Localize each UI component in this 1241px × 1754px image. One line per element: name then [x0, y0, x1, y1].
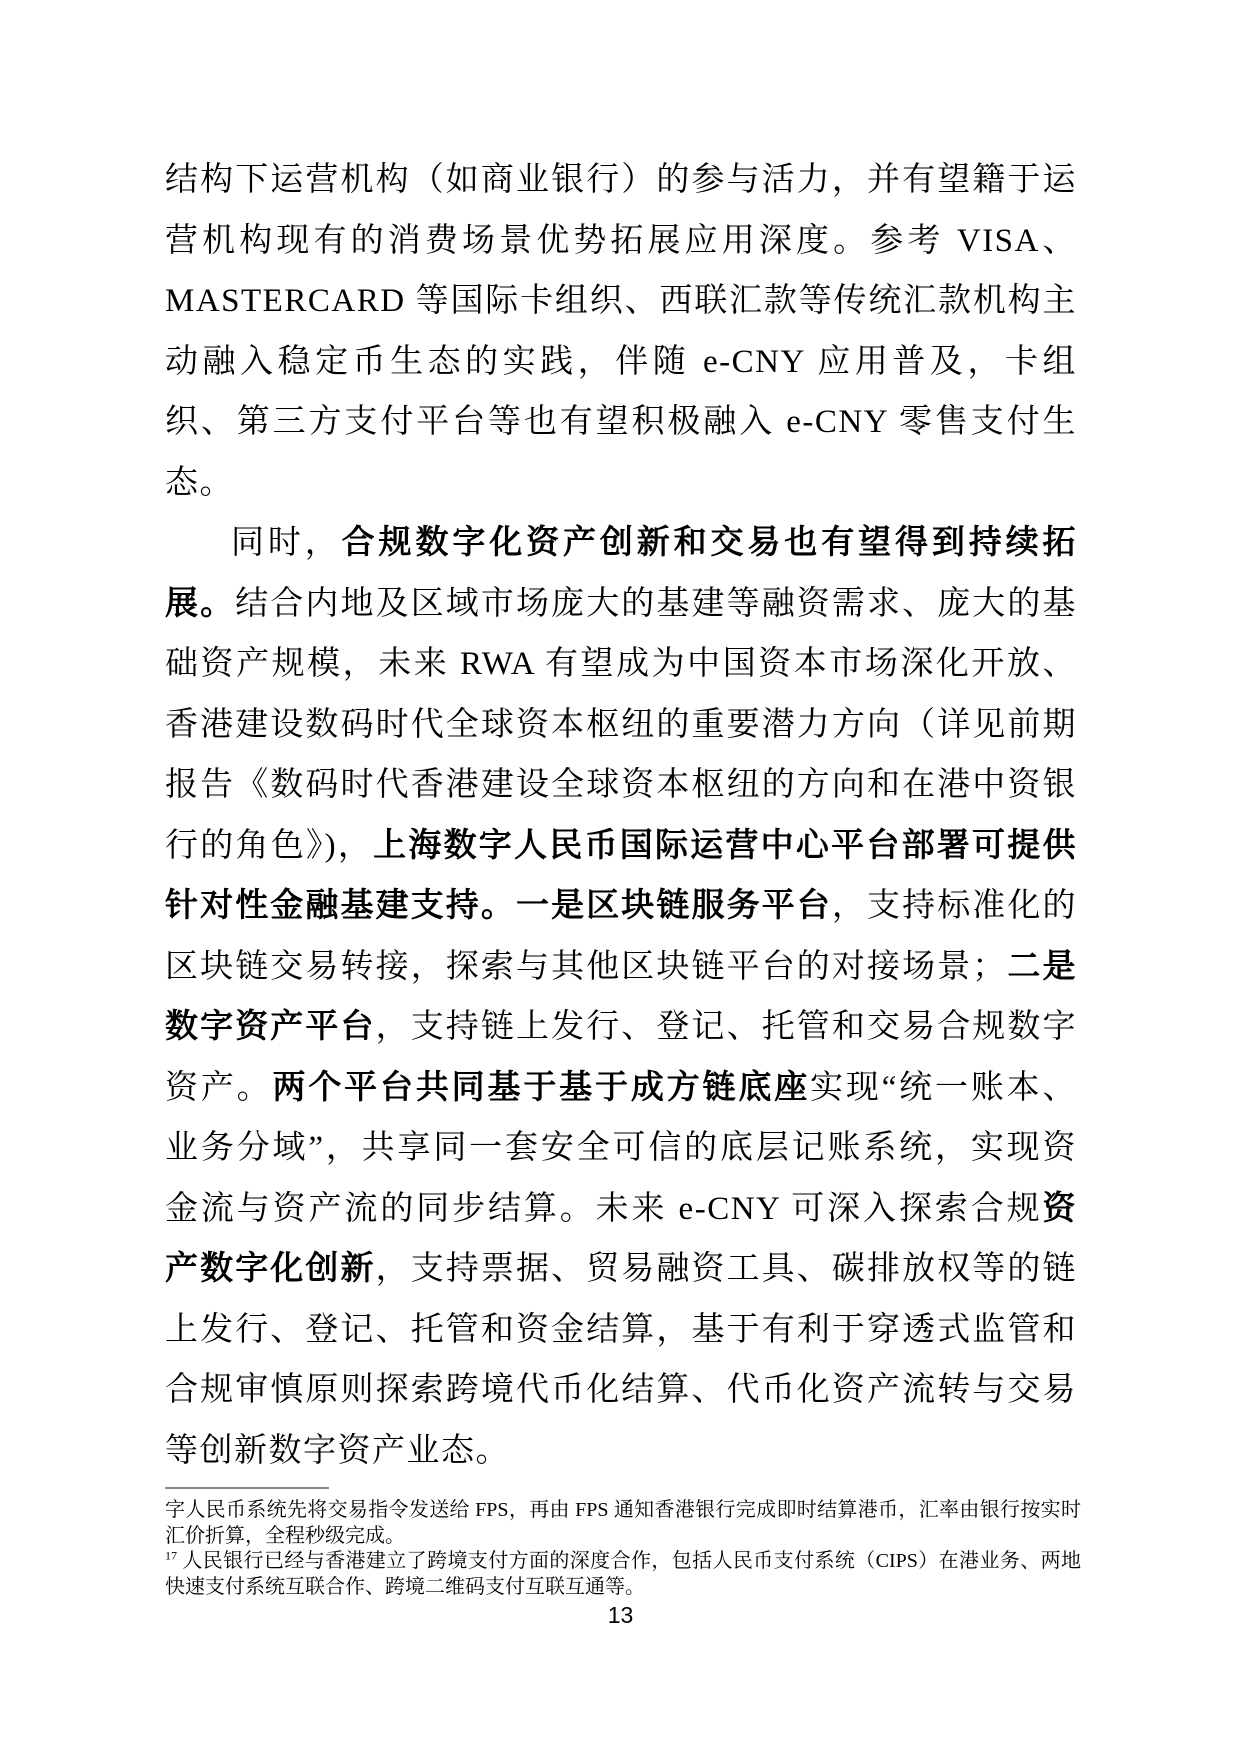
footnote: 17 人民银行已经与香港建立了跨境支付方面的深度合作，包括人民币支付系统（CIP… [165, 1549, 1081, 1600]
footnote-text: 人民银行已经与香港建立了跨境支付方面的深度合作，包括人民币支付系统（CIPS）在… [165, 1550, 1081, 1598]
text-segment: 同时， [231, 525, 342, 561]
footnote-marker: 17 [165, 1548, 177, 1562]
footnotes: 字人民币系统先将交易指令发送给 FPS，再由 FPS 通知香港银行完成即时结算港… [165, 1498, 1081, 1600]
paragraph-1: 结构下运营机构（如商业银行）的参与活力，并有望籍于运营机构现有的消费场景优势拓展… [165, 150, 1077, 513]
footnote-text: 字人民币系统先将交易指令发送给 FPS，再由 FPS 通知香港银行完成即时结算港… [165, 1499, 1081, 1547]
text-segment: 结构下运营机构（如商业银行）的参与活力，并有望籍于运营机构现有的消费场景优势拓展… [165, 162, 1077, 501]
footnote: 字人民币系统先将交易指令发送给 FPS，再由 FPS 通知香港银行完成即时结算港… [165, 1498, 1081, 1549]
bold-text-segment: 两个平台共同基于基于成方链底座 [273, 1070, 811, 1106]
text-segment: 结合内地及区域市场庞大的基建等融资需求、庞大的基础资产规模，未来 RWA 有望成… [165, 586, 1077, 864]
main-text: 结构下运营机构（如商业银行）的参与活力，并有望籍于运营机构现有的消费场景优势拓展… [165, 150, 1077, 1481]
footnote-separator [165, 1487, 329, 1489]
page-number: 13 [0, 1602, 1241, 1629]
document-page: 结构下运营机构（如商业银行）的参与活力，并有望籍于运营机构现有的消费场景优势拓展… [0, 0, 1241, 1754]
paragraph-2: 同时，合规数字化资产创新和交易也有望得到持续拓展。结合内地及区域市场庞大的基建等… [165, 513, 1077, 1481]
